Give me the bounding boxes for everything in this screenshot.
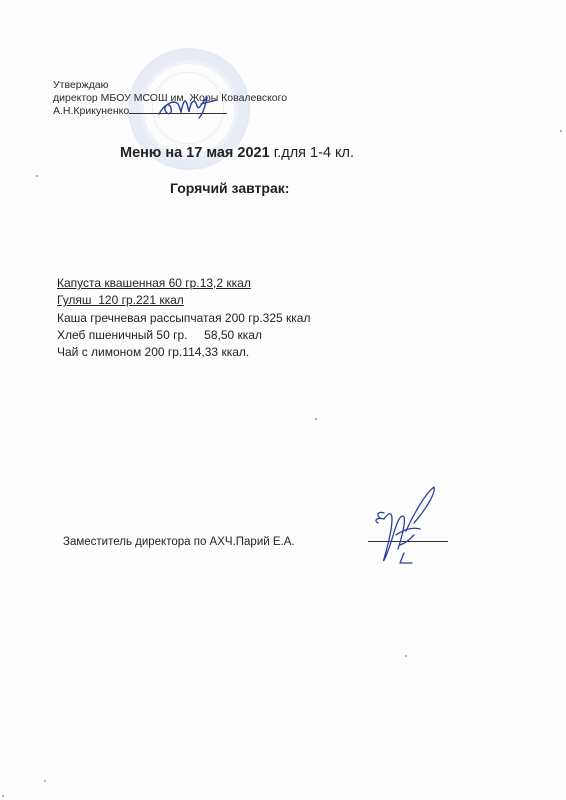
document-page: Утверждаю директор МБОУ МСОШ им. Жоры Ко… (0, 0, 566, 800)
scan-speck (44, 780, 46, 782)
approval-signer-name: А.Н.Крикуненко (53, 105, 129, 117)
menu-item: Чай с лимоном 200 гр.114,33 ккал. (57, 344, 310, 361)
menu-item: Капуста квашенная 60 гр.13,2 ккал (57, 275, 310, 292)
menu-item: Гуляш 120 гр.221 ккал (57, 292, 310, 309)
section-title: Горячий завтрак: (170, 180, 289, 196)
scan-speck (560, 130, 562, 132)
title-suffix: г.для 1-4 кл. (270, 145, 354, 161)
menu-item: Хлеб пшеничный 50 гр. 58,50 ккал (57, 327, 310, 344)
menu-item: Каша гречневая рассыпчатая 200 гр.325 кк… (57, 310, 310, 327)
deputy-signer: Заместитель директора по АХЧ.Парий Е.А. (63, 536, 295, 548)
director-signature (155, 92, 225, 120)
menu-list: Капуста квашенная 60 гр.13,2 ккал Гуляш … (57, 275, 310, 361)
scan-speck (405, 655, 407, 657)
page-title: Меню на 17 мая 2021 г.для 1-4 кл. (120, 145, 354, 161)
title-main: Меню на 17 мая 2021 (120, 145, 270, 161)
scan-speck (315, 418, 317, 420)
approval-heading: Утверждаю (53, 79, 287, 92)
deputy-signature (370, 483, 450, 568)
scan-speck (2, 795, 4, 797)
scan-speck (36, 175, 38, 177)
